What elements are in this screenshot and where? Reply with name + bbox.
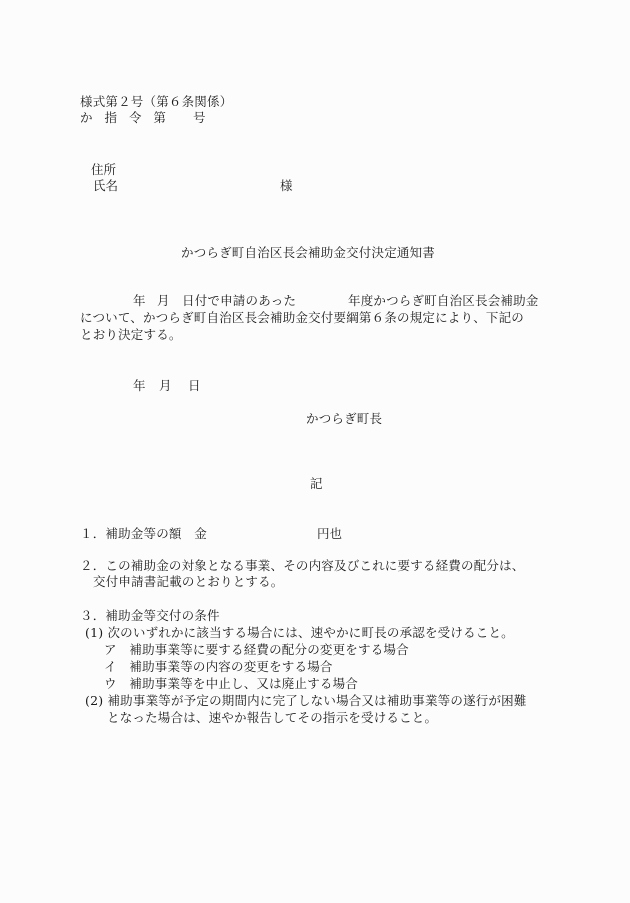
body-line3: とおり決定する。	[80, 329, 182, 342]
date-day: 日	[188, 380, 201, 393]
honorific: 様	[280, 180, 293, 193]
body-line2: について、かつらぎ町自治区長会補助金交付要綱第６条の規定により、下記の	[80, 312, 524, 325]
body-day-text: 日付で申請のあった	[182, 295, 296, 308]
name-label: 氏名	[93, 180, 118, 193]
condition-1-a: ア 補助事業等に要する経費の配分の変更をする場合	[104, 644, 409, 657]
condition-2-line2: となった場合は、速やか報告してその指示を受けること。	[107, 712, 437, 725]
date-month: 月	[159, 380, 172, 393]
body-year: 年	[133, 295, 146, 308]
date-year: 年	[133, 380, 146, 393]
item2-line2: 交付申請書記載のとおりとする。	[93, 576, 284, 589]
body-month: 月	[157, 295, 170, 308]
page-title: かつらぎ町自治区長会補助金交付決定通知書	[181, 247, 435, 260]
item3-label: ３．補助金等交付の条件	[80, 610, 220, 623]
ki-heading: 記	[310, 478, 323, 491]
item2-line1: ２．この補助金の対象となる事業、その内容及びこれに要する経費の配分は、	[80, 560, 525, 573]
condition-1-i: イ 補助事業等の内容の変更をする場合	[104, 661, 333, 674]
condition-1: (1) 次のいずれかに該当する場合には、速やかに町長の承認を受けること。	[85, 627, 514, 640]
item1-unit: 円也	[317, 528, 342, 541]
body-line1-rest: 年度かつらぎ町自治区長会補助金	[348, 295, 539, 308]
form-number: 様式第２号（第６条関係）	[80, 96, 232, 109]
item1-label: １．補助金等の額 金	[80, 528, 207, 541]
issuer: かつらぎ町長	[306, 413, 382, 426]
condition-2-line1: (2) 補助事業等が予定の期間内に完了しない場合又は補助事業等の遂行が困難	[85, 695, 527, 708]
address-label: 住所	[91, 164, 116, 177]
doc-number-prefix: か 指 令 第	[80, 112, 170, 125]
condition-1-u: ウ 補助事業等を中止し、又は廃止する場合	[104, 678, 358, 691]
doc-number-suffix: 号	[193, 112, 206, 125]
